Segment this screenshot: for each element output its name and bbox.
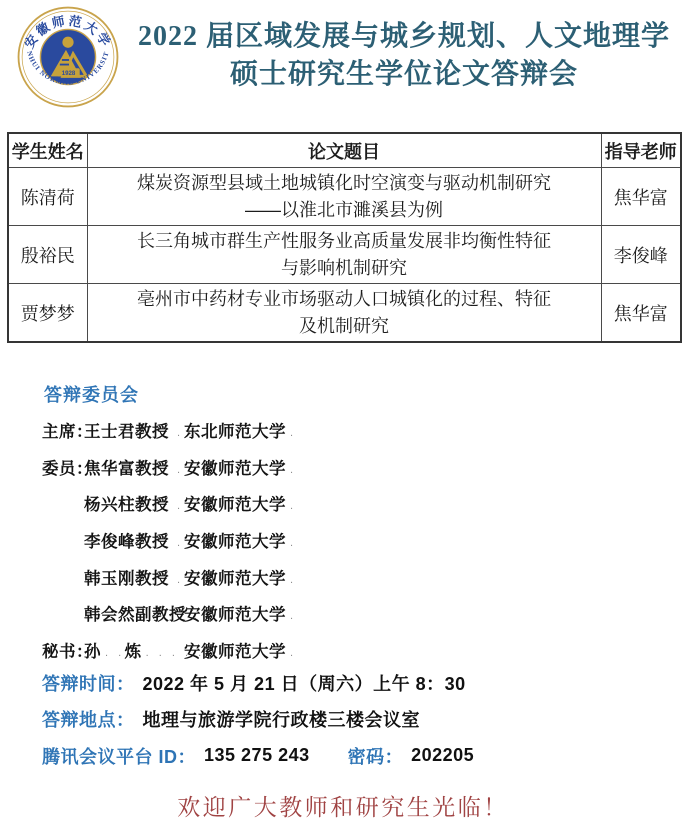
defense-time-row: 答辩时间： 2022 年 5 月 21 日（周六）上午 8：30 — [42, 665, 662, 701]
committee-list: 主席： 王士君教授. . . 东北师范大学. 委员： 焦华富教授. . . 安徽… — [42, 412, 542, 668]
committee-role-label: 秘书： — [42, 638, 84, 662]
thesis-line1: 煤炭资源型县域土地城镇化时空演变与驱动机制研究 — [88, 170, 601, 197]
committee-member-row: 委员： 焦华富教授. . . 安徽师范大学. — [42, 449, 542, 486]
thesis-line2: 与影响机制研究 — [88, 255, 601, 282]
space-marks: . — [290, 610, 297, 622]
table-row: 殷裕民 长三角城市群生产性服务业高质量发展非均衡性特征 与影响机制研究 李俊峰 — [8, 226, 681, 284]
table-row: 贾梦梦 亳州市中药材专业市场驱动人口城镇化的过程、特征 及机制研究 焦华富 — [8, 284, 681, 343]
seal-year-text: 1928 — [62, 70, 76, 77]
student-name-cell: 陈清荷 — [8, 168, 87, 226]
thesis-title-cell: 亳州市中药材专业市场驱动人口城镇化的过程、特征 及机制研究 — [87, 284, 601, 343]
committee-member-university: 安徽师范大学. — [184, 601, 542, 625]
student-name-cell: 殷裕民 — [8, 226, 87, 284]
committee-member-row: 韩会然副教授. 安徽师范大学. — [42, 595, 542, 632]
space-marks: . — [290, 647, 297, 659]
committee-member-name: 焦华富教授. . . — [84, 455, 184, 479]
page-title-line1: 2022 届区域发展与城乡规划、人文地理学 — [130, 18, 678, 56]
space-marks: . — [290, 574, 297, 586]
committee-heading: 答辩委员会 — [44, 381, 139, 407]
thesis-title-cell: 煤炭资源型县域土地城镇化时空演变与驱动机制研究 ——以淮北市濉溪县为例 — [87, 168, 601, 226]
university-seal-logo: 1928 安徽师范大学 ANHUI NORMAL UNIVERSITY — [16, 6, 120, 108]
committee-member-university: 安徽师范大学. — [184, 638, 542, 662]
space-marks: . — [290, 427, 297, 439]
committee-member-row: 秘书： 孙. .炼. . . . . . . 安徽师范大学. — [42, 632, 542, 669]
defense-announcement-page: 1928 安徽师范大学 ANHUI NORMAL UNIVERSITY 2022… — [0, 0, 686, 831]
committee-member-university: 安徽师范大学. — [184, 491, 542, 515]
committee-member-name: 李俊峰教授. . . — [84, 528, 184, 552]
committee-member-row: 韩玉刚教授. . . 安徽师范大学. — [42, 558, 542, 595]
committee-member-university: 安徽师范大学. — [184, 565, 542, 589]
defense-info: 答辩时间： 2022 年 5 月 21 日（周六）上午 8：30 答辩地点： 地… — [42, 665, 662, 774]
advisor-cell: 焦华富 — [601, 284, 681, 343]
thesis-line1: 亳州市中药材专业市场驱动人口城镇化的过程、特征 — [88, 286, 601, 313]
defense-time-value: 2022 年 5 月 21 日（周六）上午 8：30 — [143, 670, 466, 696]
space-marks: . — [290, 464, 297, 476]
committee-member-row: 李俊峰教授. . . 安徽师范大学. — [42, 522, 542, 559]
committee-member-name: 韩玉刚教授. . . — [84, 565, 184, 589]
advisor-cell: 焦华富 — [601, 168, 681, 226]
meeting-id-value: 135 275 243 — [204, 745, 310, 766]
thesis-line2: ——以淮北市濉溪县为例 — [88, 197, 601, 224]
table-row: 陈清荷 煤炭资源型县域土地城镇化时空演变与驱动机制研究 ——以淮北市濉溪县为例 … — [8, 168, 681, 226]
committee-member-name: 王士君教授. . . — [84, 418, 184, 442]
university-seal-icon: 1928 安徽师范大学 ANHUI NORMAL UNIVERSITY — [16, 6, 120, 108]
defense-schedule-table: 学生姓名 论文题目 指导老师 陈清荷 煤炭资源型县域土地城镇化时空演变与驱动机制… — [7, 132, 682, 343]
committee-member-name: 孙. .炼. . . . . . . — [84, 638, 184, 662]
space-marks: . — [290, 500, 297, 512]
meeting-row: 腾讯会议平台 ID： 135 275 243 密码： 202205 — [42, 738, 662, 774]
defense-place-row: 答辩地点： 地理与旅游学院行政楼三楼会议室 — [42, 701, 662, 737]
defense-place-value: 地理与旅游学院行政楼三楼会议室 — [143, 706, 421, 732]
defense-place-label: 答辩地点： — [42, 706, 135, 732]
page-title: 2022 届区域发展与城乡规划、人文地理学 硕士研究生学位论文答辩会 — [130, 18, 678, 94]
thesis-title-cell: 长三角城市群生产性服务业高质量发展非均衡性特征 与影响机制研究 — [87, 226, 601, 284]
committee-member-university: 东北师范大学. — [184, 418, 542, 442]
col-header-thesis: 论文题目 — [87, 133, 601, 168]
committee-member-row: 主席： 王士君教授. . . 东北师范大学. — [42, 412, 542, 449]
page-title-line2: 硕士研究生学位论文答辩会 — [130, 56, 678, 94]
committee-role-label: 主席： — [42, 418, 84, 442]
thesis-line1: 长三角城市群生产性服务业高质量发展非均衡性特征 — [88, 228, 601, 255]
space-marks: . — [290, 537, 297, 549]
password-label: 密码： — [348, 743, 404, 769]
defense-time-label: 答辩时间： — [42, 670, 135, 696]
committee-member-name: 韩会然副教授. — [84, 601, 184, 625]
table-header-row: 学生姓名 论文题目 指导老师 — [8, 133, 681, 168]
committee-member-university: 安徽师范大学. — [184, 528, 542, 552]
committee-role-label: 委员： — [42, 455, 84, 479]
emblem-head — [62, 37, 73, 48]
col-header-student: 学生姓名 — [8, 133, 87, 168]
thesis-line2: 及机制研究 — [88, 313, 601, 340]
advisor-cell: 李俊峰 — [601, 226, 681, 284]
welcome-message: 欢迎广大教师和研究生光临！ — [0, 789, 686, 822]
committee-member-name: 杨兴柱教授. . . — [84, 491, 184, 515]
space-marks: . . — [105, 647, 125, 659]
col-header-advisor: 指导老师 — [601, 133, 681, 168]
password-value: 202205 — [411, 745, 474, 766]
meeting-id-label: 腾讯会议平台 ID： — [42, 743, 196, 769]
student-name-cell: 贾梦梦 — [8, 284, 87, 343]
committee-member-university: 安徽师范大学. — [184, 455, 542, 479]
committee-member-row: 杨兴柱教授. . . 安徽师范大学. — [42, 485, 542, 522]
